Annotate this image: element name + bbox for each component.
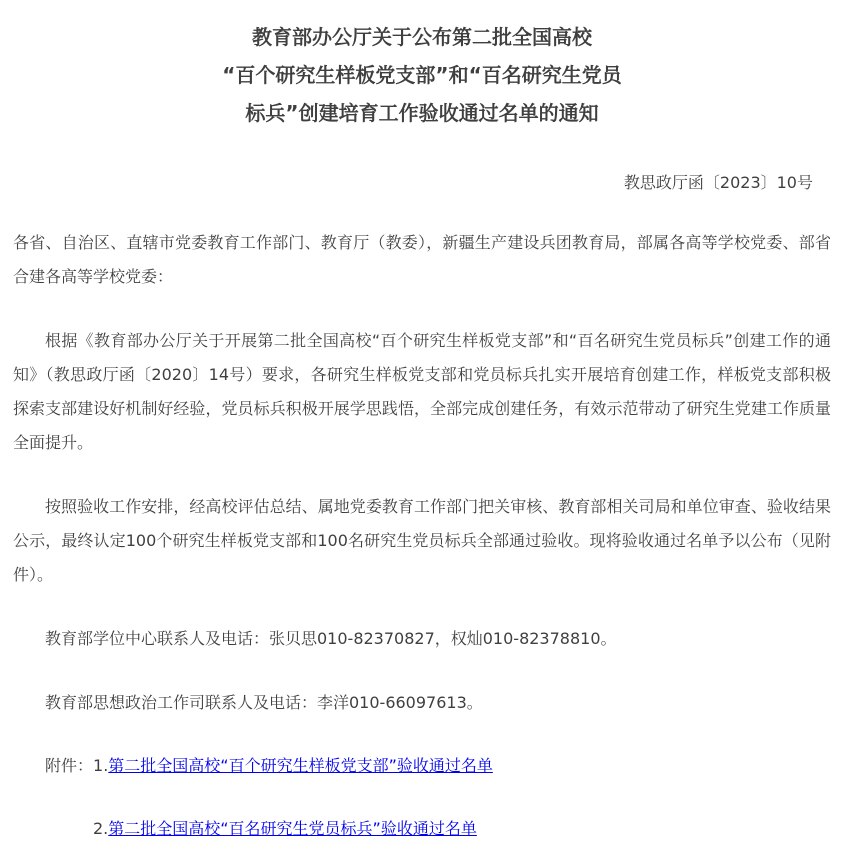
attachment-1-link[interactable]: 第二批全国高校“百个研究生样板党支部”验收通过名单	[108, 756, 493, 775]
attachment-2-link[interactable]: 第二批全国高校“百名研究生党员标兵”验收通过名单	[108, 819, 477, 838]
document-title-line-1: 教育部办公厅关于公布第二批全国高校	[13, 18, 831, 56]
document-number: 教思政厅函〔2023〕10号	[13, 166, 831, 200]
attachment-line-2: 2.第二批全国高校“百名研究生党员标兵”验收通过名单	[13, 812, 831, 846]
addressee-paragraph: 各省、自治区、直辖市党委教育工作部门、教育厅（教委），新疆生产建设兵团教育局，部…	[13, 226, 831, 294]
document-title-line-2: “百个研究生样板党支部”和“百名研究生党员	[13, 56, 831, 94]
document-title-line-3: 标兵”创建培育工作验收通过名单的通知	[13, 94, 831, 132]
attachment-label: 附件：	[45, 756, 93, 775]
attachment-1-number: 1.	[93, 756, 108, 775]
document-page: 教育部办公厅关于公布第二批全国高校 “百个研究生样板党支部”和“百名研究生党员 …	[0, 0, 844, 855]
contact-line-ideological-dept: 教育部思想政治工作司联系人及电话：李洋010-66097613。	[13, 686, 831, 720]
attachment-2-number: 2.	[93, 819, 108, 838]
body-paragraph-1: 根据《教育部办公厅关于开展第二批全国高校“百个研究生样板党支部”和“百名研究生党…	[13, 324, 831, 460]
body-paragraph-2: 按照验收工作安排，经高校评估总结、属地党委教育工作部门把关审核、教育部相关司局和…	[13, 490, 831, 592]
document-title: 教育部办公厅关于公布第二批全国高校 “百个研究生样板党支部”和“百名研究生党员 …	[13, 18, 831, 132]
attachment-line-1: 附件：1.第二批全国高校“百个研究生样板党支部”验收通过名单	[13, 749, 831, 783]
contact-line-degree-center: 教育部学位中心联系人及电话：张贝思010-82370827，权灿010-8237…	[13, 622, 831, 656]
